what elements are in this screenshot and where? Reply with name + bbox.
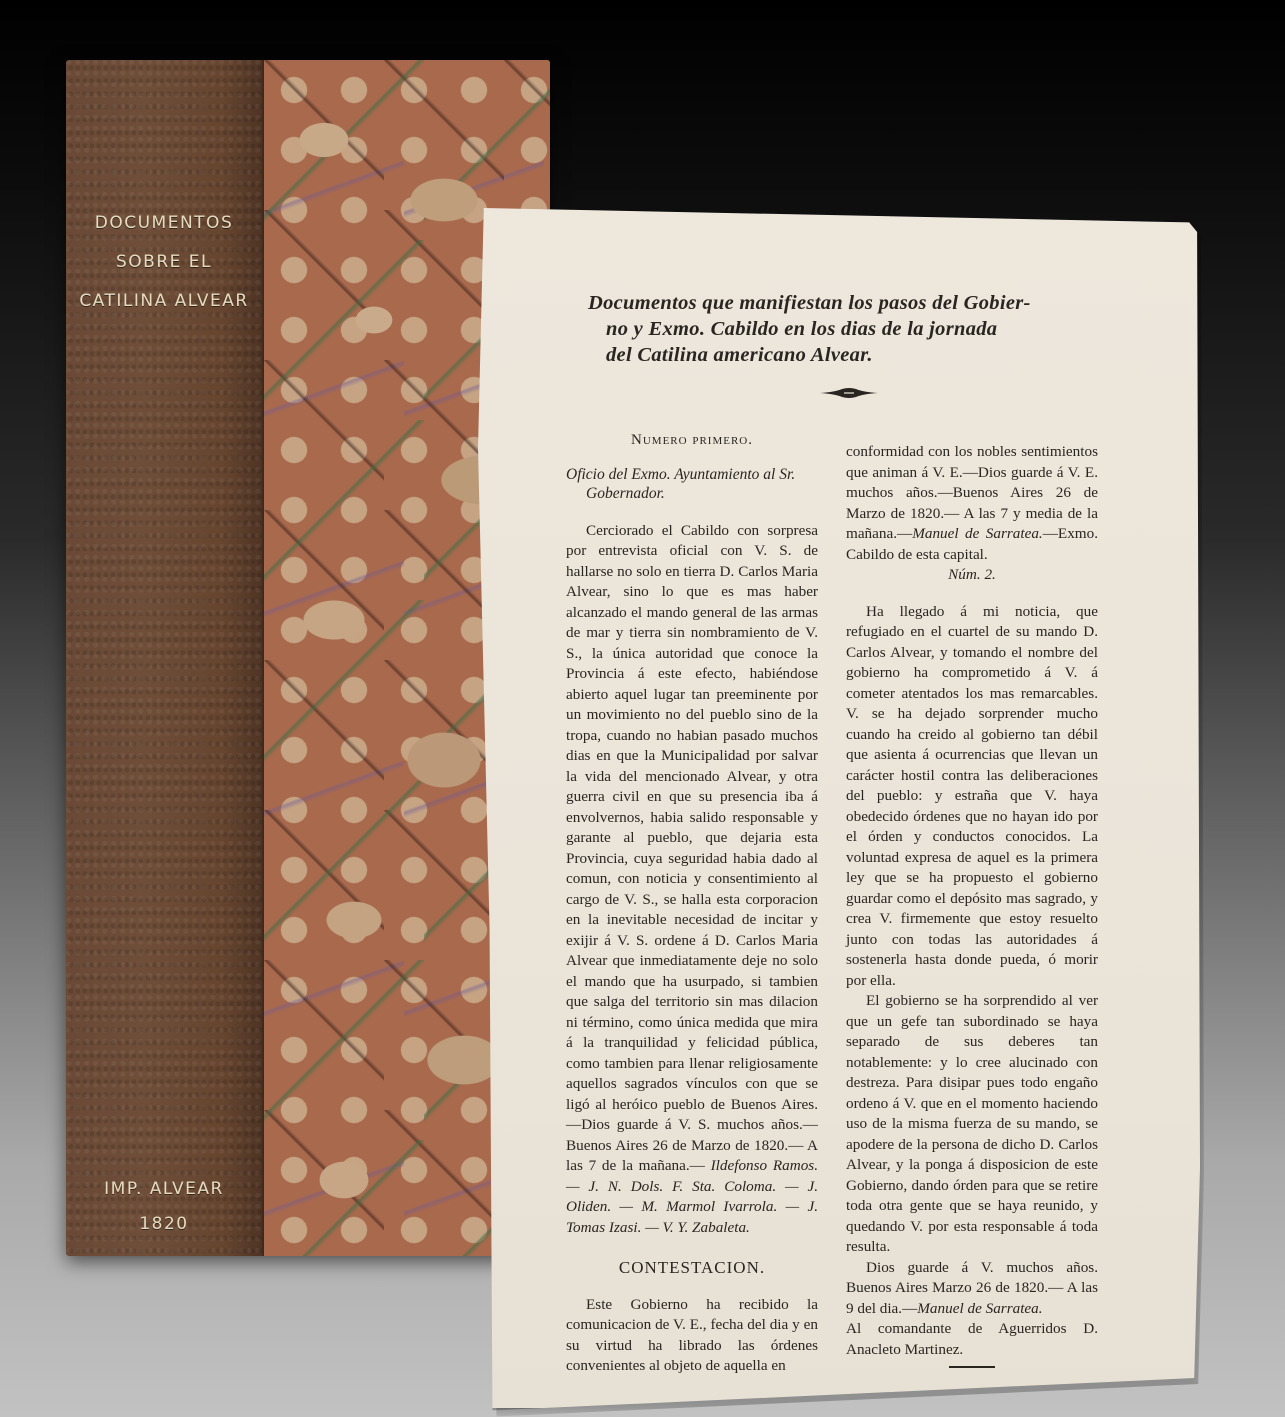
contestacion-heading: CONTESTACION. <box>566 1258 818 1279</box>
printed-leaf: (2) Documentos que manifiestan los pasos… <box>478 208 1200 1408</box>
letter-body: Cerciorado el Cabildo con sorpresa por e… <box>566 521 818 1239</box>
bound-book: DOCUMENTOS SOBRE EL CATILINA ALVEAR IMP.… <box>66 60 550 1256</box>
letter-body-text: Cerciorado el Cabildo con sorpresa por e… <box>566 522 818 1175</box>
end-rule <box>949 1366 995 1368</box>
title-line: del Catilina americano Alvear. <box>588 342 1108 368</box>
left-column: Numero primero. Oficio del Exmo. Ayuntam… <box>566 430 818 1377</box>
spine-imprint-year: 1820 <box>66 1207 262 1242</box>
spine-title-line: CATILINA ALVEAR <box>66 282 262 321</box>
paragraph: Ha llegado á mi noticia, que refugiado e… <box>846 602 1098 992</box>
number-heading: Núm. 2. <box>846 565 1098 586</box>
letter-heading-line: Gobernador. <box>566 484 818 503</box>
continuation-paragraph: conformidad con los nobles sentimientos … <box>846 442 1098 565</box>
closing-signature: Manuel de Sarratea. <box>917 1300 1042 1317</box>
leather-spine: DOCUMENTOS SOBRE EL CATILINA ALVEAR IMP.… <box>66 60 264 1256</box>
spine-title-line: SOBRE EL <box>66 243 262 282</box>
closing: Dios guarde á V. muchos años. Buenos Air… <box>846 1258 1098 1320</box>
document-title: Documentos que manifiestan los pasos del… <box>588 290 1108 368</box>
continuation-signature: Manuel de Sarratea. <box>912 525 1043 542</box>
spine-title: DOCUMENTOS SOBRE EL CATILINA ALVEAR <box>66 204 262 321</box>
spine-title-line: DOCUMENTOS <box>66 204 262 243</box>
title-line: Documentos que manifiestan los pasos del… <box>588 290 1108 316</box>
addressee: Al comandante de Aguerridos D. Anacleto … <box>846 1319 1098 1360</box>
contestacion-body: Este Gobierno ha recibido la comunicacio… <box>566 1295 818 1377</box>
letter-heading-line: Oficio del Exmo. Ayuntamiento al Sr. <box>566 466 795 483</box>
right-column: conformidad con los nobles sentimientos … <box>846 442 1098 1368</box>
paragraph: El gobierno se ha sorprendido al ver que… <box>846 991 1098 1258</box>
letter-heading: Oficio del Exmo. Ayuntamiento al Sr. Gob… <box>566 465 818 503</box>
section-heading: Numero primero. <box>566 430 818 451</box>
title-line: no y Exmo. Cabildo en los dias de la jor… <box>588 316 1108 342</box>
printer-ornament-icon <box>820 388 878 398</box>
spine-imprint-line: IMP. ALVEAR <box>66 1172 262 1207</box>
spine-imprint: IMP. ALVEAR 1820 <box>66 1172 262 1242</box>
